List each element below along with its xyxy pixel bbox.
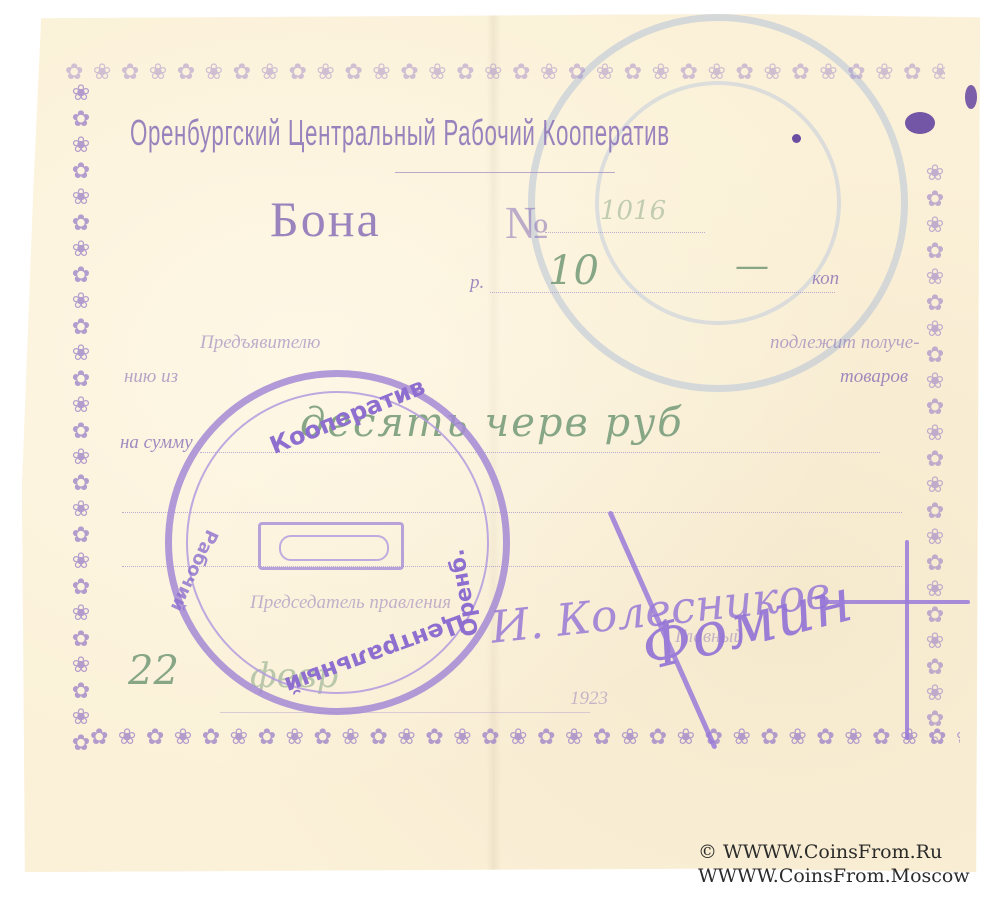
bona-label: Бона [270, 190, 381, 248]
title-divider [395, 172, 615, 173]
amount-rub: 10 [548, 248, 599, 294]
sum-label: на сумму [120, 432, 193, 454]
watermark-line1: © WWWW.CoinsFrom.Ru [698, 840, 970, 864]
date-day: 22 [128, 648, 179, 694]
signature-stroke-3 [820, 600, 970, 604]
watermark-line2: WWWW.CoinsFrom.Moscow [698, 864, 970, 888]
ornament-border-bottom: ✿ ❀ ✿ ❀ ✿ ❀ ✿ ❀ ✿ ❀ ✿ ❀ ✿ ❀ ✿ ❀ ✿ ❀ ✿ ❀ … [90, 725, 960, 749]
ornament-border-top: ✿ ❀ ✿ ❀ ✿ ❀ ✿ ❀ ✿ ❀ ✿ ❀ ✿ ❀ ✿ ❀ ✿ ❀ ✿ ❀ … [65, 60, 945, 84]
ink-blot [905, 112, 935, 134]
ink-blot-edge [965, 85, 977, 109]
number-line [545, 232, 705, 233]
watermark: © WWWW.CoinsFrom.Ru WWWW.CoinsFrom.Mosco… [698, 840, 970, 888]
ornament-border-left: ❀ ✿ ❀ ✿ ❀ ✿ ❀ ✿ ❀ ✿ ❀ ✿ ❀ ✿ ❀ ✿ ❀ ✿ ❀ ✿ … [66, 80, 98, 750]
kop-label: коп [812, 268, 839, 290]
header-title: Оренбургский Центральный Рабочий Коопера… [130, 112, 670, 154]
body-line2-start: нию из [124, 366, 178, 388]
body-line1-start: Предъявителю [200, 332, 320, 354]
date-year: 1923 [570, 688, 608, 710]
handshake-icon [258, 522, 404, 570]
amount-kop: — [735, 246, 769, 286]
date-line [220, 712, 590, 713]
body-line1-end: подлежит получе- [770, 332, 920, 354]
ornament-border-right: ❀ ✿ ❀ ✿ ❀ ✿ ❀ ✿ ❀ ✿ ❀ ✿ ❀ ✿ ❀ ✿ ❀ ✿ ❀ ✿ … [920, 160, 952, 740]
number-value: 1016 [600, 196, 666, 226]
rub-label: р. [470, 272, 484, 294]
ink-dot [792, 134, 801, 143]
signature-stroke-2 [905, 540, 909, 740]
number-sign: № [505, 196, 549, 249]
body-line2-end: товаров [840, 366, 908, 388]
amount-line [490, 292, 835, 293]
